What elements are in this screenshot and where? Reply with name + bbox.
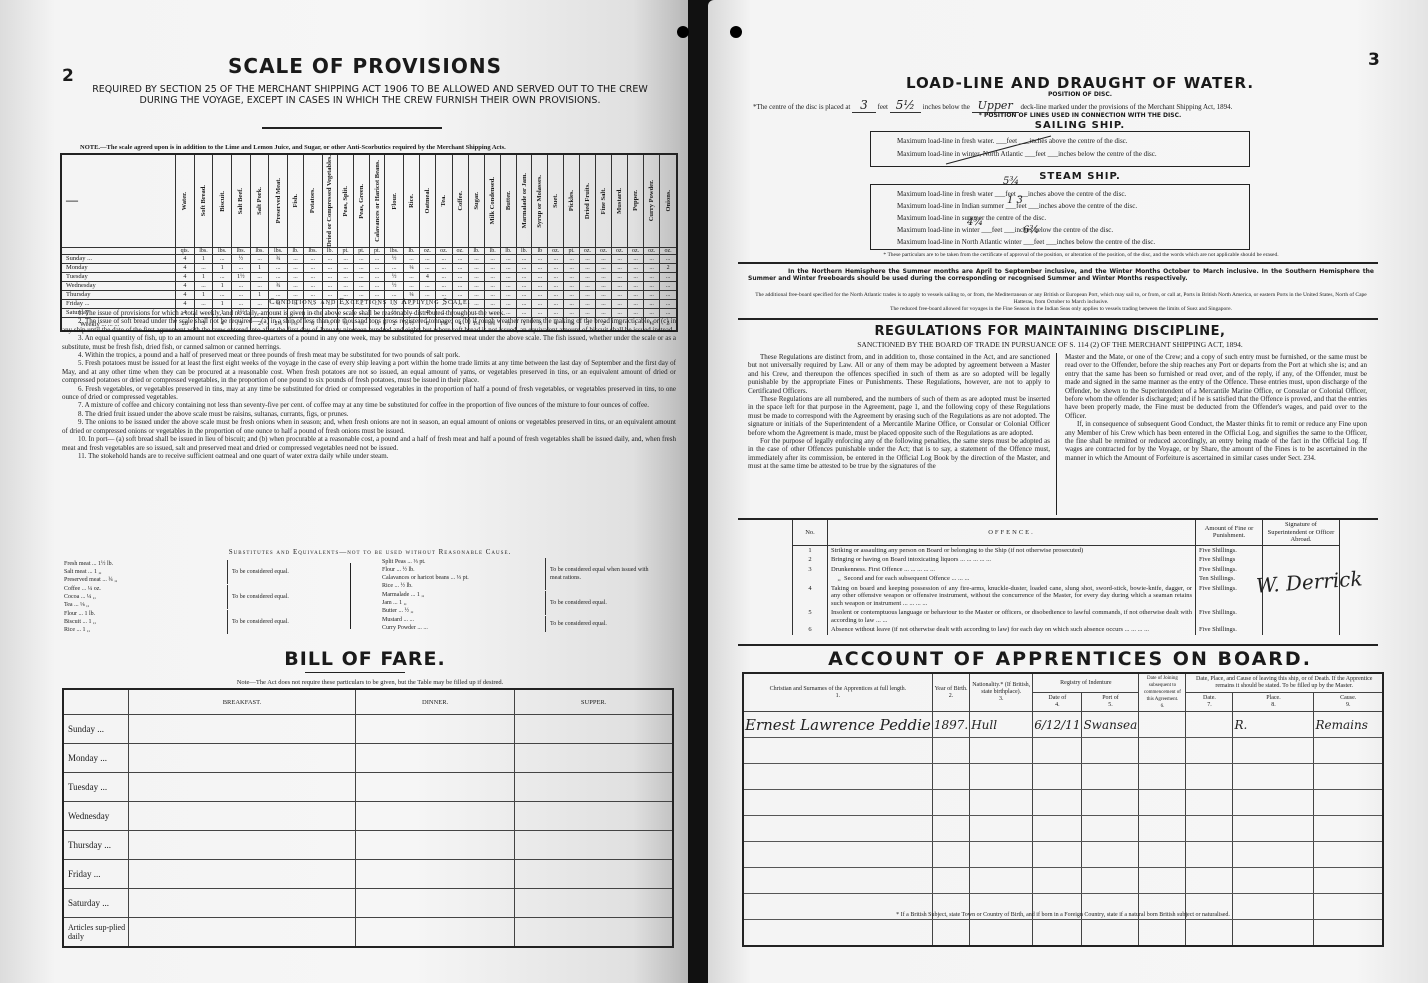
substitute-item: Flour ... 1 lb. (64, 610, 224, 618)
page-number: 3 (1368, 50, 1380, 70)
fine-amount: Five Shillings (1196, 555, 1263, 565)
meal-cell[interactable] (515, 802, 673, 831)
apprentice-cause-cell[interactable] (1314, 764, 1383, 790)
provision-column-header: Fish. (288, 154, 304, 247)
ration-cell: ... (269, 263, 288, 272)
apprentice-nationality-cell[interactable] (970, 868, 1033, 894)
substitute-note: To be considered equal. (228, 593, 342, 601)
apprentice-port-cell[interactable] (1082, 920, 1139, 947)
apprentice-place-cell[interactable] (1233, 920, 1314, 947)
ration-cell: ... (194, 263, 213, 272)
unit-cell: oz. (612, 247, 628, 254)
meal-cell[interactable] (515, 715, 673, 744)
unit-cell: qts. (176, 247, 195, 254)
ration-cell: ... (404, 254, 420, 263)
bill-row: Friday ... (63, 860, 673, 889)
feet-label: feet (878, 103, 889, 111)
substitute-item: Curry Powder ... ... (382, 624, 542, 632)
regulation-paragraph: These Regulations are all numbered, and … (748, 395, 1050, 437)
ration-cell: 1 (194, 272, 213, 281)
col-joining-header: Date of Joining subsequent to commenceme… (1139, 673, 1186, 712)
ration-cell: ... (501, 281, 517, 290)
apprentice-port-cell[interactable] (1082, 842, 1139, 868)
unit-cell: lbs. (250, 247, 269, 254)
steam-line-2: Maximum load-line in Indian summer ___fe… (897, 200, 1249, 212)
apprentice-row (743, 764, 1383, 790)
meal-cell[interactable] (515, 889, 673, 918)
apprentice-name-cell[interactable] (743, 738, 932, 764)
meal-cell[interactable] (356, 831, 515, 860)
condition-item: 4. Within the tropics, a pound and a hal… (62, 351, 676, 359)
steam-ship-box: Maximum load-line in fresh water ___feet… (870, 184, 1250, 250)
provision-row: Sunday ...41...½...¾..................½.… (61, 254, 677, 263)
handwritten-winter: 4¾ (967, 217, 983, 228)
ration-cell: ... (419, 254, 435, 263)
substitute-group: Coffee ... ¼ oz.Cocoa ... ¼ ,,Tea ... ⅛ … (64, 585, 344, 609)
section-rule (738, 644, 1378, 646)
ration-cell: 4 (176, 272, 195, 281)
ration-cell: 1 (213, 281, 232, 290)
apprentice-year-cell[interactable] (932, 738, 969, 764)
unit-cell: pt. (564, 247, 580, 254)
apprentice-joining-cell[interactable] (1139, 816, 1186, 842)
ration-cell: 1½ (232, 272, 251, 281)
apprentice-joining-cell[interactable] (1139, 842, 1186, 868)
condition-item: 2. The issue of soft bread under the sca… (62, 317, 676, 334)
apprentice-cause-cell[interactable] (1314, 842, 1383, 868)
provisions-note: NOTE.—The scale agreed upon is in additi… (80, 144, 680, 151)
meal-cell[interactable] (356, 918, 515, 948)
ration-cell: ... (288, 281, 304, 290)
ration-cell: ... (612, 263, 628, 272)
apprentice-place-cell[interactable] (1233, 738, 1314, 764)
bill-rule (305, 672, 405, 673)
bill-row: Saturday ... (63, 889, 673, 918)
provision-column-header: Peas, Green. (353, 154, 369, 247)
unit-cell: lb. (501, 247, 517, 254)
apprentice-date-cell[interactable] (1033, 868, 1082, 894)
ration-cell: ... (564, 272, 580, 281)
apprentice-name-cell[interactable] (743, 790, 932, 816)
registry-header: Registry of Indenture (1033, 673, 1139, 693)
unit-cell: oz. (452, 247, 468, 254)
sailing-ship-box: Maximum load-line in fresh water. ___fee… (870, 131, 1250, 167)
apprentice-date-cell[interactable] (1033, 764, 1082, 790)
apprentice-nationality-cell[interactable] (970, 790, 1033, 816)
ration-cell: ... (548, 263, 564, 272)
apprentice-date-cell[interactable] (1033, 920, 1082, 947)
substitute-item: Preserved meat ... ¾ ,, (64, 576, 224, 584)
apprentice-date-cell[interactable] (1033, 816, 1082, 842)
provision-column-header: Pepper. (628, 154, 644, 247)
fine-amount: Five Shillings. (1196, 625, 1263, 635)
regulation-paragraph: For the purpose of legally enforcing any… (748, 437, 1050, 471)
meal-cell[interactable] (515, 918, 673, 948)
freeboard-note-1: The additional free-board specified for … (748, 292, 1374, 305)
apprentice-name-cell[interactable] (743, 816, 932, 842)
unit-cell: lb (532, 247, 548, 254)
apprentice-joining-cell[interactable] (1139, 764, 1186, 790)
provision-row: Tuesday41...1½........................½.… (61, 272, 677, 281)
apprentice-joining-cell[interactable] (1139, 790, 1186, 816)
ration-cell: ... (322, 281, 338, 290)
ration-cell: ... (404, 272, 420, 281)
apprentice-cause-cell[interactable] (1314, 868, 1383, 894)
bill-of-fare-title: BILL OF FARE. (0, 648, 730, 670)
ration-cell: ... (452, 281, 468, 290)
substitute-item: Rice ... 1 ,, (64, 626, 224, 634)
apprentice-cause-cell[interactable] (1314, 790, 1383, 816)
unit-cell: lb. (404, 247, 420, 254)
handwritten-na-winter: 6¾ (1023, 225, 1039, 236)
ration-cell: 4 (176, 281, 195, 290)
ration-cell: ... (353, 272, 369, 281)
apprentice-date-cell[interactable]: 6/12/11 (1033, 712, 1082, 738)
ration-cell: ... (548, 272, 564, 281)
day-label: Monday (61, 263, 176, 272)
ration-cell: 4 (176, 254, 195, 263)
meal-cell[interactable] (515, 744, 673, 773)
offence-number: 4 (793, 584, 828, 609)
ration-cell: ... (338, 272, 354, 281)
apprentice-year-cell[interactable] (932, 920, 969, 947)
substitute-item: Calavances or haricot beans ... ⅓ pt. (382, 574, 542, 582)
meal-cell[interactable] (356, 773, 515, 802)
ration-cell: ... (322, 272, 338, 281)
meal-cell[interactable] (129, 744, 356, 773)
offence-text: Drunkenness. First Offence ... ... ... .… (828, 565, 1196, 575)
apprentice-port-cell[interactable] (1082, 790, 1139, 816)
conditions-title: Conditions and Exceptions in Applying Sc… (60, 297, 680, 306)
apprentice-date-left-cell[interactable] (1186, 790, 1233, 816)
substitute-item: Jam ... 1 ,, (382, 599, 542, 607)
ration-cell: ... (303, 263, 322, 272)
ration-cell: ... (269, 272, 288, 281)
provision-column-header: Milk Condensed. (485, 154, 501, 247)
apprentice-port-cell[interactable] (1082, 738, 1139, 764)
apprentice-year-cell[interactable] (932, 790, 969, 816)
meal-cell[interactable] (129, 773, 356, 802)
provision-column-header: Butter. (501, 154, 517, 247)
provision-column-header: Suet. (548, 154, 564, 247)
ration-cell: ... (213, 272, 232, 281)
meal-cell[interactable] (356, 744, 515, 773)
substitute-group: Flour ... 1 lb.Biscuit ... 1 ,,Rice ... … (64, 610, 344, 634)
fine-header: Amount of Fine or Punishment. (1196, 520, 1263, 545)
ration-cell: ... (579, 281, 595, 290)
ration-cell: ... (353, 281, 369, 290)
ration-cell: ... (485, 272, 501, 281)
fine-amount: Five Shillings. (1196, 565, 1263, 575)
deck-value: Upper (972, 99, 1019, 113)
apprentice-name-cell[interactable] (743, 764, 932, 790)
binding-hole (677, 26, 689, 38)
ration-cell: ... (369, 272, 385, 281)
ration-cell: ... (532, 263, 548, 272)
day-label: Tuesday (61, 272, 176, 281)
ration-cell: ... (660, 254, 677, 263)
apprentice-date-left-cell[interactable] (1186, 868, 1233, 894)
ration-cell: ... (644, 281, 660, 290)
unit-cell: oz. (579, 247, 595, 254)
substitute-item: Split Peas ... ⅓ pt. (382, 558, 542, 566)
condition-item: 11. The stokehold hands are to receive s… (62, 452, 676, 460)
ration-cell: ... (468, 263, 485, 272)
apprentice-year-cell[interactable] (932, 764, 969, 790)
ration-cell: 2 (660, 263, 677, 272)
signature-header: Signature of Superintendent or Officer A… (1263, 520, 1340, 545)
substitute-item: Biscuit ... 1 ,, (64, 618, 224, 626)
day-label: Friday ... (63, 860, 129, 889)
ration-cell: ... (288, 263, 304, 272)
col-year-header: Year of Birth.2. (932, 673, 969, 712)
apprentice-joining-cell[interactable] (1139, 920, 1186, 947)
ration-cell: 4 (176, 263, 195, 272)
apprentice-name-cell[interactable]: Ernest Lawrence Peddie (743, 712, 932, 738)
offence-text: ,, Second and for each subsequent Offenc… (828, 574, 1196, 584)
position-of-disc: POSITION OF DISC. (740, 91, 1420, 98)
ration-cell: 1 (213, 263, 232, 272)
col-name-header: Christian and Surnames of the Apprentice… (743, 673, 932, 712)
unit-cell: lbs. (269, 247, 288, 254)
apprentice-port-cell[interactable] (1082, 868, 1139, 894)
loadline-footnote: * These particulars are to be taken from… (746, 252, 1416, 258)
ration-cell: ... (213, 254, 232, 263)
provision-column-header: Syrup or Molasses. (532, 154, 548, 247)
substitutes-right: Split Peas ... ⅓ pt.Flour ... ½ lb.Calav… (382, 558, 682, 633)
ration-cell: ... (232, 281, 251, 290)
apprentice-date-left-cell[interactable] (1186, 764, 1233, 790)
ration-cell: ... (596, 263, 612, 272)
meal-cell[interactable] (356, 715, 515, 744)
offence-header: OFFENCE. (828, 520, 1196, 545)
apprentice-nationality-cell[interactable] (970, 764, 1033, 790)
apprentice-joining-cell[interactable] (1139, 868, 1186, 894)
ration-cell: ... (250, 254, 269, 263)
meal-cell[interactable] (129, 889, 356, 918)
apprentice-year-cell[interactable] (932, 842, 969, 868)
meal-cell[interactable] (356, 860, 515, 889)
substitute-group: Split Peas ... ⅓ pt.Flour ... ½ lb.Calav… (382, 558, 682, 590)
apprentice-cause-cell[interactable] (1314, 920, 1383, 947)
provision-column-header: Rice. (404, 154, 420, 247)
offence-number: 5 (793, 608, 828, 625)
substitute-note: To be considered equal. (546, 620, 660, 628)
apprentice-date-left-cell[interactable] (1186, 738, 1233, 764)
bill-row: Sunday ... (63, 715, 673, 744)
unit-cell: lb. (322, 247, 338, 254)
disc-prefix: *The centre of the disc is placed at (753, 103, 850, 111)
ration-cell: ... (353, 263, 369, 272)
meal-cell[interactable] (515, 860, 673, 889)
col-cause-header: Cause.9. (1314, 693, 1383, 712)
unit-cell: lbs. (303, 247, 322, 254)
steam-line-5: Maximum load-line in North Atlantic wint… (897, 236, 1249, 248)
offence-row: 1Striking or assaulting any person on Bo… (793, 545, 1340, 555)
ration-cell: ½ (232, 254, 251, 263)
provision-column-header: Fine Salt. (596, 154, 612, 247)
meal-cell[interactable] (356, 802, 515, 831)
ration-cell: 1 (250, 263, 269, 272)
apprentice-row (743, 816, 1383, 842)
apprentice-cause-cell[interactable]: Remains (1314, 712, 1383, 738)
ration-cell: ... (501, 272, 517, 281)
meal-cell[interactable] (129, 918, 356, 948)
regulations-column-2: Master and the Mate, or one of the Crew;… (1065, 353, 1367, 462)
unit-cell: oz. (628, 247, 644, 254)
day-label: Monday ... (63, 744, 129, 773)
apprentice-place-cell[interactable] (1233, 816, 1314, 842)
page-2: 2 SCALE OF PROVISIONS REQUIRED BY SECTIO… (0, 0, 688, 983)
regulations-column-1: These Regulations are distinct from, and… (748, 353, 1050, 471)
meal-cell[interactable] (129, 715, 356, 744)
substitute-item: Rice ... ½ lb. (382, 582, 542, 590)
day-label: Tuesday ... (63, 773, 129, 802)
substitute-note: To be considered equal. (228, 618, 342, 626)
apprentice-cause-cell[interactable] (1314, 816, 1383, 842)
meal-cell[interactable] (129, 860, 356, 889)
ration-cell: ... (452, 272, 468, 281)
apprentice-year-cell[interactable] (932, 816, 969, 842)
substitute-item: Butter ... ½ ,, (382, 607, 542, 615)
provision-row: Monday4...1...1........................¼… (61, 263, 677, 272)
freeboard-note-2: The reduced free-board allowed for voyag… (748, 306, 1374, 312)
provision-column-header: Sugar. (468, 154, 485, 247)
apprentice-name-cell[interactable] (743, 842, 932, 868)
apprentice-joining-cell[interactable] (1139, 738, 1186, 764)
offence-number: 3 (793, 565, 828, 575)
unit-cell: oz. (435, 247, 452, 254)
ration-cell: ... (322, 254, 338, 263)
day-label: Sunday ... (61, 254, 176, 263)
provision-column-header: Preserved Meat. (269, 154, 288, 247)
provision-column-header: Pickles. (564, 154, 580, 247)
substitutes-divider (350, 563, 351, 629)
ration-cell: ¼ (404, 263, 420, 272)
provisions-subtitle: REQUIRED BY SECTION 25 OF THE MERCHANT S… (80, 84, 660, 106)
apprentice-date-cell[interactable] (1033, 842, 1082, 868)
binding-hole (730, 26, 742, 38)
condition-item: 7. A mixture of coffee and chicory conta… (62, 401, 676, 409)
col-port-header: Port of5. (1082, 693, 1139, 712)
col-nationality-header: Nationality.* (If British, state birthpl… (970, 673, 1033, 712)
unit-cell: lb. (485, 247, 501, 254)
apprentice-date-left-cell[interactable] (1186, 842, 1233, 868)
offence-number: 2 (793, 555, 828, 565)
ration-cell: ... (468, 281, 485, 290)
apprentice-name-cell[interactable] (743, 920, 932, 947)
apprentice-year-cell[interactable]: 1897. (932, 712, 969, 738)
offence-row: 5Insolent or contemptuous language or be… (793, 608, 1340, 625)
meal-cell[interactable] (515, 831, 673, 860)
ration-cell: ... (644, 272, 660, 281)
ration-cell: ... (612, 272, 628, 281)
ration-cell: ... (468, 254, 485, 263)
apprentice-place-cell[interactable] (1233, 790, 1314, 816)
ration-cell: ... (485, 263, 501, 272)
apprentice-port-cell[interactable]: Swansea (1082, 712, 1139, 738)
apprentice-date-left-cell[interactable] (1186, 920, 1233, 947)
substitute-item: Fresh meat ... 1½ lb. (64, 560, 224, 568)
substitute-item: Flour ... ½ lb. (382, 566, 542, 574)
bill-row: Monday ... (63, 744, 673, 773)
apprentice-cause-cell[interactable] (1314, 738, 1383, 764)
condition-item: 9. The onions to be issued under the abo… (62, 418, 676, 435)
apprentice-place-cell[interactable] (1233, 842, 1314, 868)
apprentice-nationality-cell[interactable] (970, 816, 1033, 842)
apprentice-date-cell[interactable] (1033, 790, 1082, 816)
ration-cell: ... (250, 272, 269, 281)
section-rule (738, 318, 1378, 320)
ration-cell: ... (516, 281, 532, 290)
apprentice-nationality-cell[interactable] (970, 738, 1033, 764)
disc-feet-value: 3 (852, 98, 876, 113)
unit-cell: lbs. (385, 247, 404, 254)
ration-cell: ... (435, 272, 452, 281)
substitute-item: Tea ... ⅛ ,, (64, 601, 224, 609)
apprentice-date-left-cell[interactable] (1186, 816, 1233, 842)
apprentice-year-cell[interactable] (932, 868, 969, 894)
ration-cell: ½ (385, 281, 404, 290)
apprentice-row: Ernest Lawrence Peddie1897.Hull6/12/11Sw… (743, 712, 1383, 738)
meal-column-header: SUPPER. (515, 689, 673, 715)
unit-cell: oz. (419, 247, 435, 254)
apprentice-row (743, 920, 1383, 947)
condition-item: 5. Fresh potatoes must be issued for at … (62, 359, 676, 384)
ration-cell: ... (369, 263, 385, 272)
unit-cell: oz. (644, 247, 660, 254)
meal-cell[interactable] (356, 889, 515, 918)
ration-cell: ... (532, 272, 548, 281)
apprentice-port-cell[interactable] (1082, 764, 1139, 790)
ration-cell: ... (596, 272, 612, 281)
apprentice-place-cell[interactable]: R. (1233, 712, 1314, 738)
steam-line-1: Maximum load-line in fresh water ___feet… (897, 188, 1249, 200)
hemisphere-note: In the Northern Hemisphere the Summer mo… (748, 268, 1374, 282)
apprentice-joining-cell[interactable] (1139, 712, 1186, 738)
apprentice-date-cell[interactable] (1033, 738, 1082, 764)
page-3: 3 LOAD-LINE AND DRAUGHT OF WATER. POSITI… (708, 0, 1428, 983)
apprentice-date-left-cell[interactable] (1186, 712, 1233, 738)
ration-cell: ... (644, 263, 660, 272)
apprentice-nationality-cell[interactable]: Hull (970, 712, 1033, 738)
unit-cell: lb. (288, 247, 304, 254)
ration-cell: ... (194, 281, 213, 290)
meal-cell[interactable] (515, 773, 673, 802)
meal-cell[interactable] (129, 802, 356, 831)
ration-cell: ... (303, 272, 322, 281)
apprentice-name-cell[interactable] (743, 868, 932, 894)
signature-cell (1263, 555, 1340, 565)
ration-cell: ... (628, 272, 644, 281)
ration-cell: ... (579, 254, 595, 263)
unit-cell: oz. (548, 247, 564, 254)
disc-sentence: *The centre of the disc is placed at 3 f… (753, 98, 1423, 112)
apprentice-place-cell[interactable] (1233, 764, 1314, 790)
ration-cell: 4 (419, 272, 435, 281)
apprentice-nationality-cell[interactable] (970, 842, 1033, 868)
apprentice-place-cell[interactable] (1233, 868, 1314, 894)
apprentice-port-cell[interactable] (1082, 816, 1139, 842)
apprentice-nationality-cell[interactable] (970, 920, 1033, 947)
meal-cell[interactable] (129, 831, 356, 860)
disc-suffix: deck-line marked under the provisions of… (1020, 103, 1232, 111)
provision-column-header: Salt Pork. (250, 154, 269, 247)
sailing-ship-title: SAILING SHIP. (740, 120, 1420, 131)
ration-cell: ... (548, 281, 564, 290)
bill-row: Articles sup-plied daily (63, 918, 673, 948)
fine-amount: Ten Shillings. (1196, 574, 1263, 584)
